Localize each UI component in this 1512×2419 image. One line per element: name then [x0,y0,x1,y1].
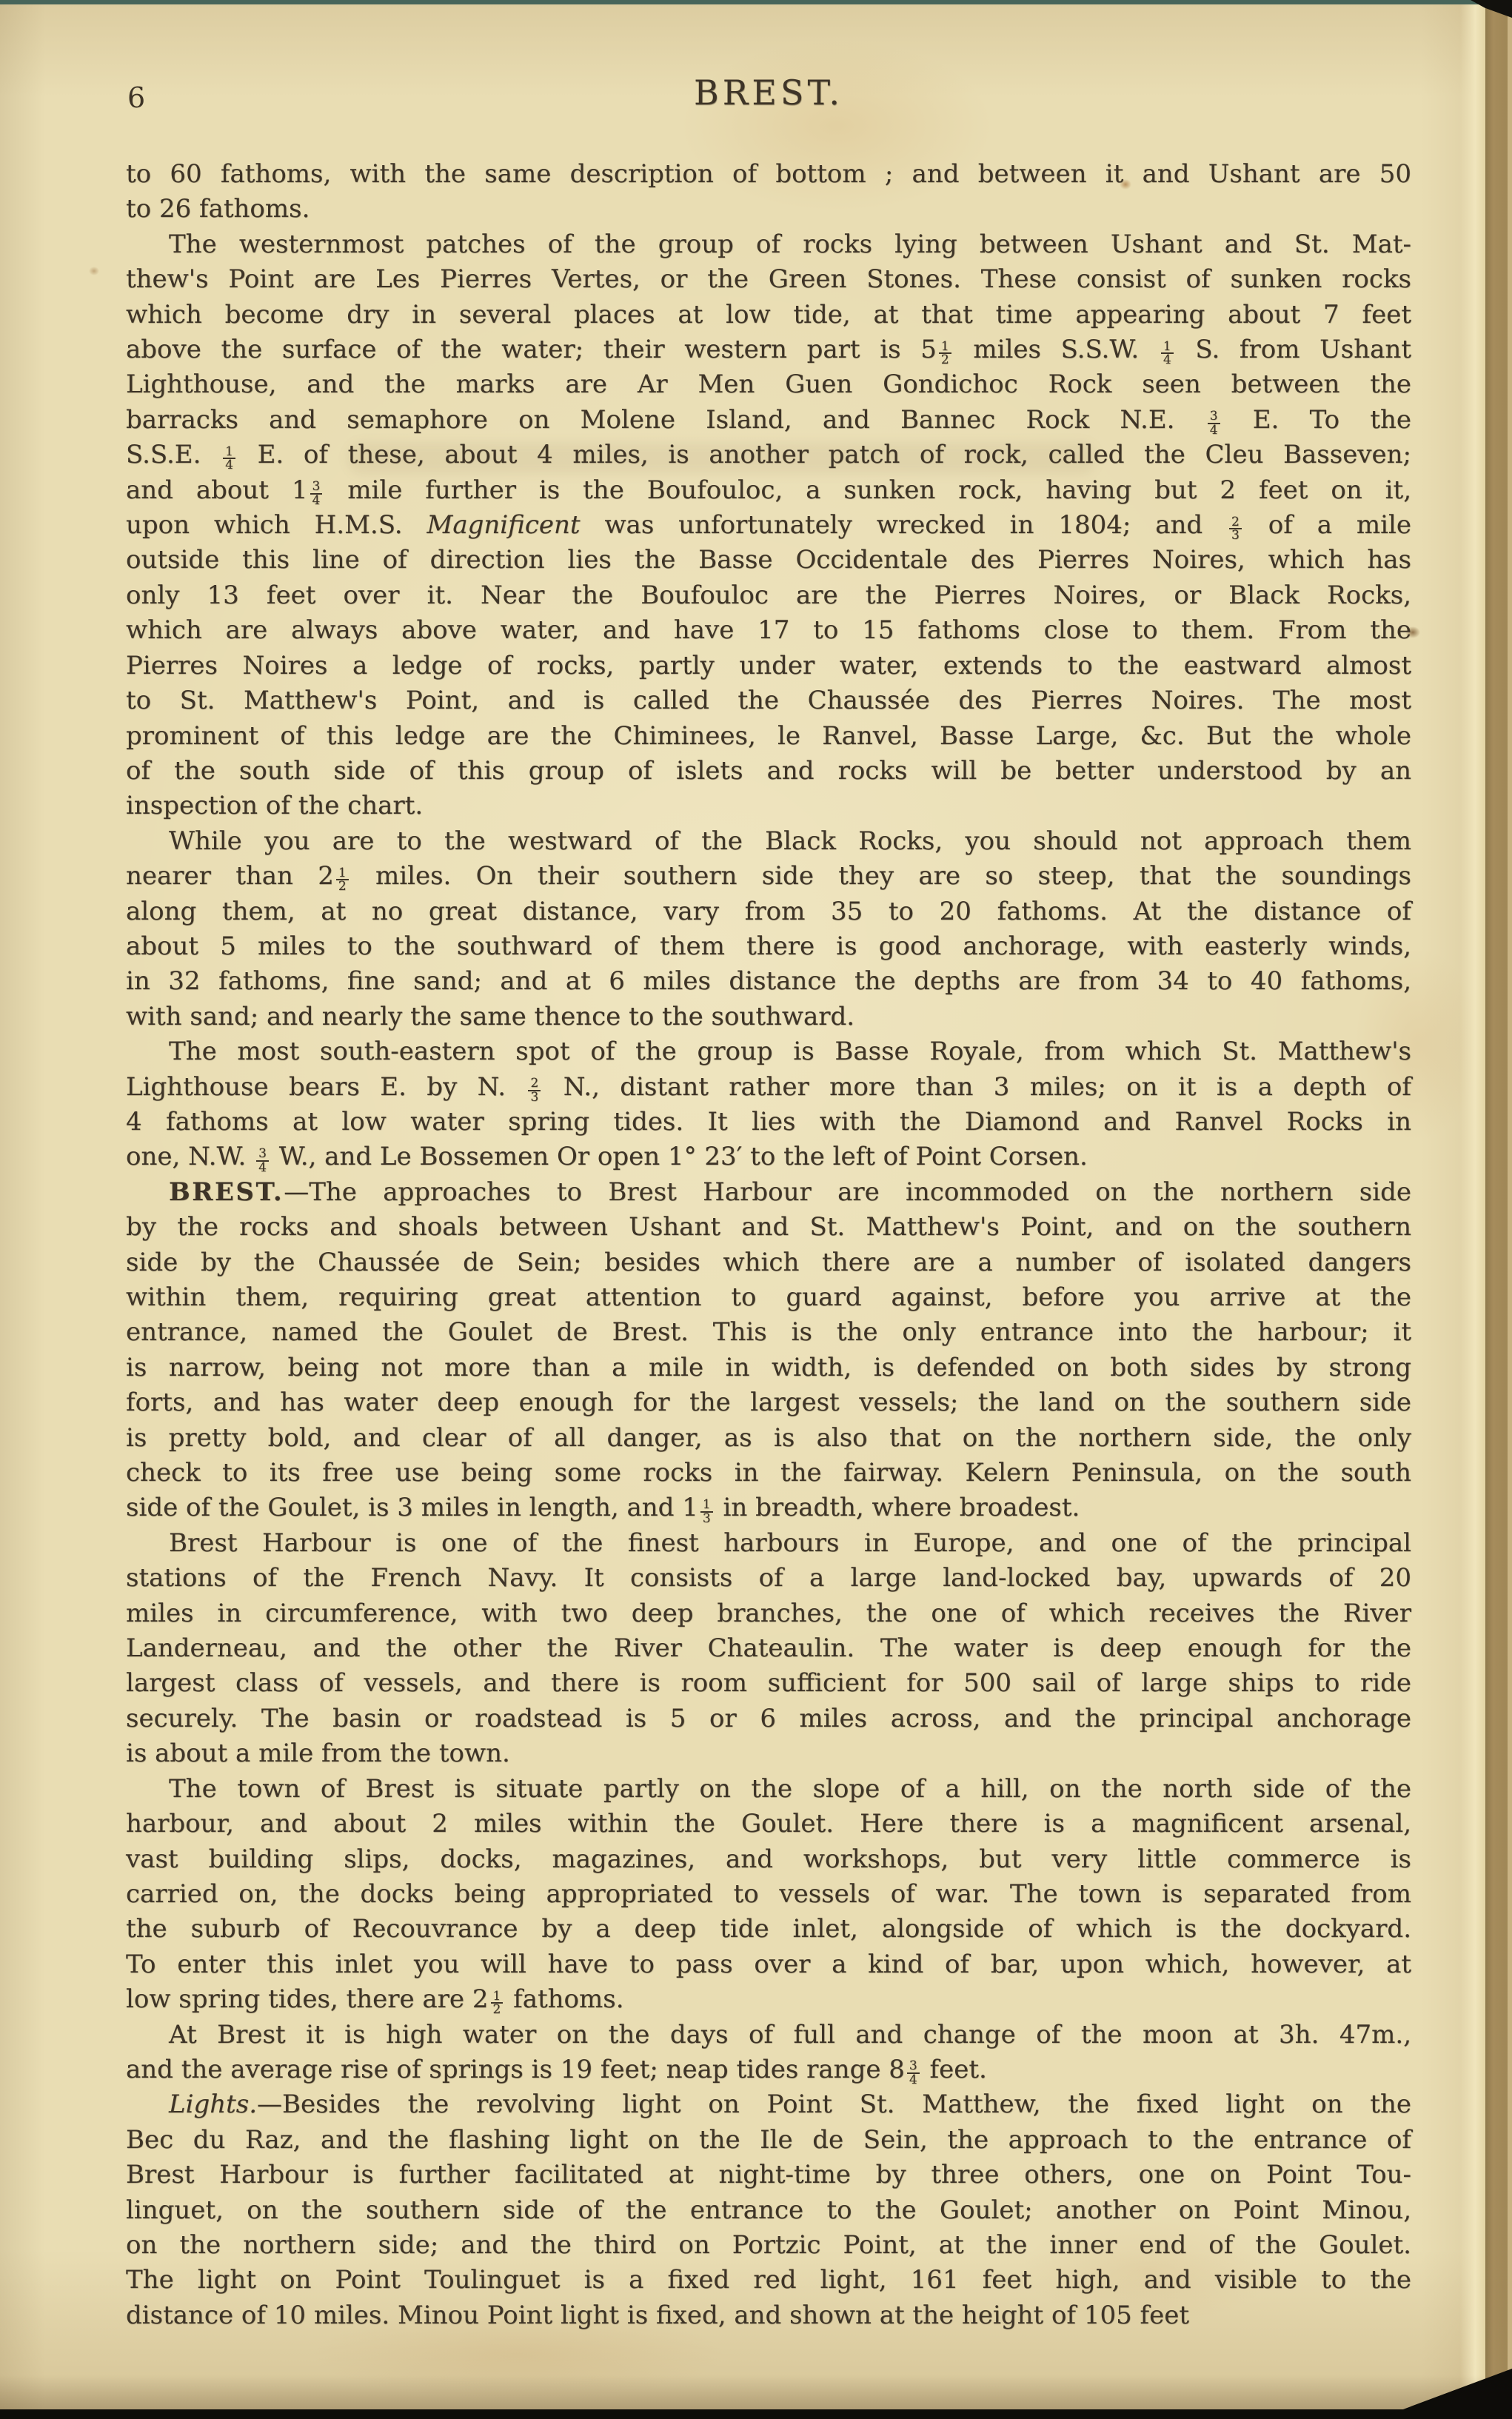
paper-stain [89,267,99,275]
text-line: inspection of the chart. [126,789,1411,823]
text-line: and the average rise of springs is 19 fe… [126,2052,1411,2087]
text-line: The westernmost patches of the group of … [126,227,1411,262]
text-line: of the south side of this group of islet… [126,754,1411,789]
text-line: low spring tides, there are 212 fathoms. [126,1982,1411,2017]
stacked-fraction: 34 [1208,410,1220,436]
page-text: to 60 fathoms, with the same description… [126,157,1411,2333]
stacked-fraction: 34 [907,2060,920,2086]
page-fore-edge-outer [1508,0,1512,2419]
text-line: along them, at no great distance, vary f… [126,894,1411,929]
text-line: with sand; and nearly the same thence to… [126,1000,1411,1034]
text-line: only 13 feet over it. Near the Boufouloc… [126,578,1411,613]
text-line: stations of the French Navy. It consists… [126,1561,1411,1596]
text-line: Pierres Noires a ledge of rocks, partly … [126,649,1411,683]
stacked-fraction: 23 [528,1077,541,1103]
text-line: S.S.E. 14 E. of these, about 4 miles, is… [126,438,1411,472]
text-line: Lighthouse, and the marks are Ar Men Gue… [126,367,1411,402]
text-line: to 26 fathoms. [126,192,1411,227]
text-line: largest class of vessels, and there is r… [126,1666,1411,1701]
stacked-fraction: 13 [700,1499,713,1525]
text-line: nearer than 212 miles. On their southern… [126,859,1411,894]
text-line: Brest Harbour is one of the finest harbo… [126,1526,1411,1561]
text-line: While you are to the westward of the Bla… [126,824,1411,859]
text-line: At Brest it is high water on the days of… [126,2018,1411,2052]
text-line: within them, requiring great attention t… [126,1280,1411,1315]
text-line: one, N.W. 34 W., and Le Bossemen Or open… [126,1140,1411,1174]
text-line: distance of 10 miles. Minou Point light … [126,2298,1411,2333]
text-line: side of the Goulet, is 3 miles in length… [126,1490,1411,1525]
page-edge-highlight [1460,0,1485,2419]
text-line: Landerneau, and the other the River Chat… [126,1631,1411,1666]
text-line: barracks and semaphore on Molene Island,… [126,403,1411,438]
scan-shadow-bottom [0,2409,1512,2419]
text-line: Bec du Raz, and the flashing light on th… [126,2123,1411,2158]
stacked-fraction: 14 [1161,341,1174,367]
page-curve-shadow [0,2375,1512,2409]
stacked-fraction: 14 [223,446,235,472]
page-fore-edge [1485,0,1508,2419]
text-line: in 32 fathoms, fine sand; and at 6 miles… [126,964,1411,999]
text-line: The light on Point Toulinguet is a fixed… [126,2263,1411,2298]
text-line: upon which H.M.S. Magnificent was unfort… [126,508,1411,543]
text-line: the suburb of Recouvrance by a deep tide… [126,1912,1411,1947]
text-line: 4 fathoms at low water spring tides. It … [126,1105,1411,1140]
scanned-book-page: 6 BREST. to 60 fathoms, with the same de… [0,0,1512,2419]
scanner-bed-edge [0,0,1512,4]
text-line: thew's Point are Les Pierres Vertes, or … [126,262,1411,297]
page-header: 6 BREST. [126,73,1411,124]
text-line: which are always above water, and have 1… [126,613,1411,648]
text-line: is pretty bold, and clear of all danger,… [126,1421,1411,1456]
stacked-fraction: 12 [491,1990,504,2016]
text-line: harbour, and about 2 miles within the Go… [126,1807,1411,1841]
text-line: on the northern side; and the third on P… [126,2228,1411,2263]
stacked-fraction: 12 [939,341,951,367]
text-line: The most south-eastern spot of the group… [126,1034,1411,1069]
running-head-title: BREST. [126,73,1411,113]
text-line: check to its free use being some rocks i… [126,1456,1411,1490]
text-line: to St. Matthew's Point, and is called th… [126,683,1411,718]
text-line: to 60 fathoms, with the same description… [126,157,1411,192]
text-line: To enter this inlet you will have to pas… [126,1947,1411,1982]
text-line: and about 134 mile further is the Boufou… [126,473,1411,508]
text-line: about 5 miles to the southward of them t… [126,929,1411,964]
stacked-fraction: 34 [310,481,323,506]
stacked-fraction: 12 [336,867,349,893]
text-line: linguet, on the southern side of the ent… [126,2193,1411,2228]
stacked-fraction: 23 [1229,516,1242,542]
text-line: Lights.—Besides the revolving light on P… [126,2087,1411,2122]
text-line: BREST.—The approaches to Brest Harbour a… [126,1175,1411,1210]
text-line: prominent of this ledge are the Chiminee… [126,719,1411,754]
text-line: vast building slips, docks, magazines, a… [126,1842,1411,1877]
text-line: miles in circumference, with two deep br… [126,1596,1411,1631]
text-line: outside this line of direction lies the … [126,543,1411,578]
text-line: is about a mile from the town. [126,1736,1411,1771]
text-line: is narrow, being not more than a mile in… [126,1351,1411,1385]
stacked-fraction: 34 [256,1148,269,1174]
page-number: 6 [127,81,145,114]
text-line: Brest Harbour is further facilitated at … [126,2158,1411,2192]
text-line: side by the Chaussée de Sein; besides wh… [126,1245,1411,1280]
text-line: Lighthouse bears E. by N. 23 N., distant… [126,1070,1411,1105]
text-line: securely. The basin or roadstead is 5 or… [126,1702,1411,1736]
text-line: above the surface of the water; their we… [126,332,1411,367]
text-line: The town of Brest is situate partly on t… [126,1772,1411,1807]
text-line: forts, and has water deep enough for the… [126,1385,1411,1420]
text-line: entrance, named the Goulet de Brest. Thi… [126,1315,1411,1350]
text-line: which become dry in several places at lo… [126,298,1411,332]
text-line: by the rocks and shoals between Ushant a… [126,1210,1411,1245]
text-line: carried on, the docks being appropriated… [126,1877,1411,1912]
